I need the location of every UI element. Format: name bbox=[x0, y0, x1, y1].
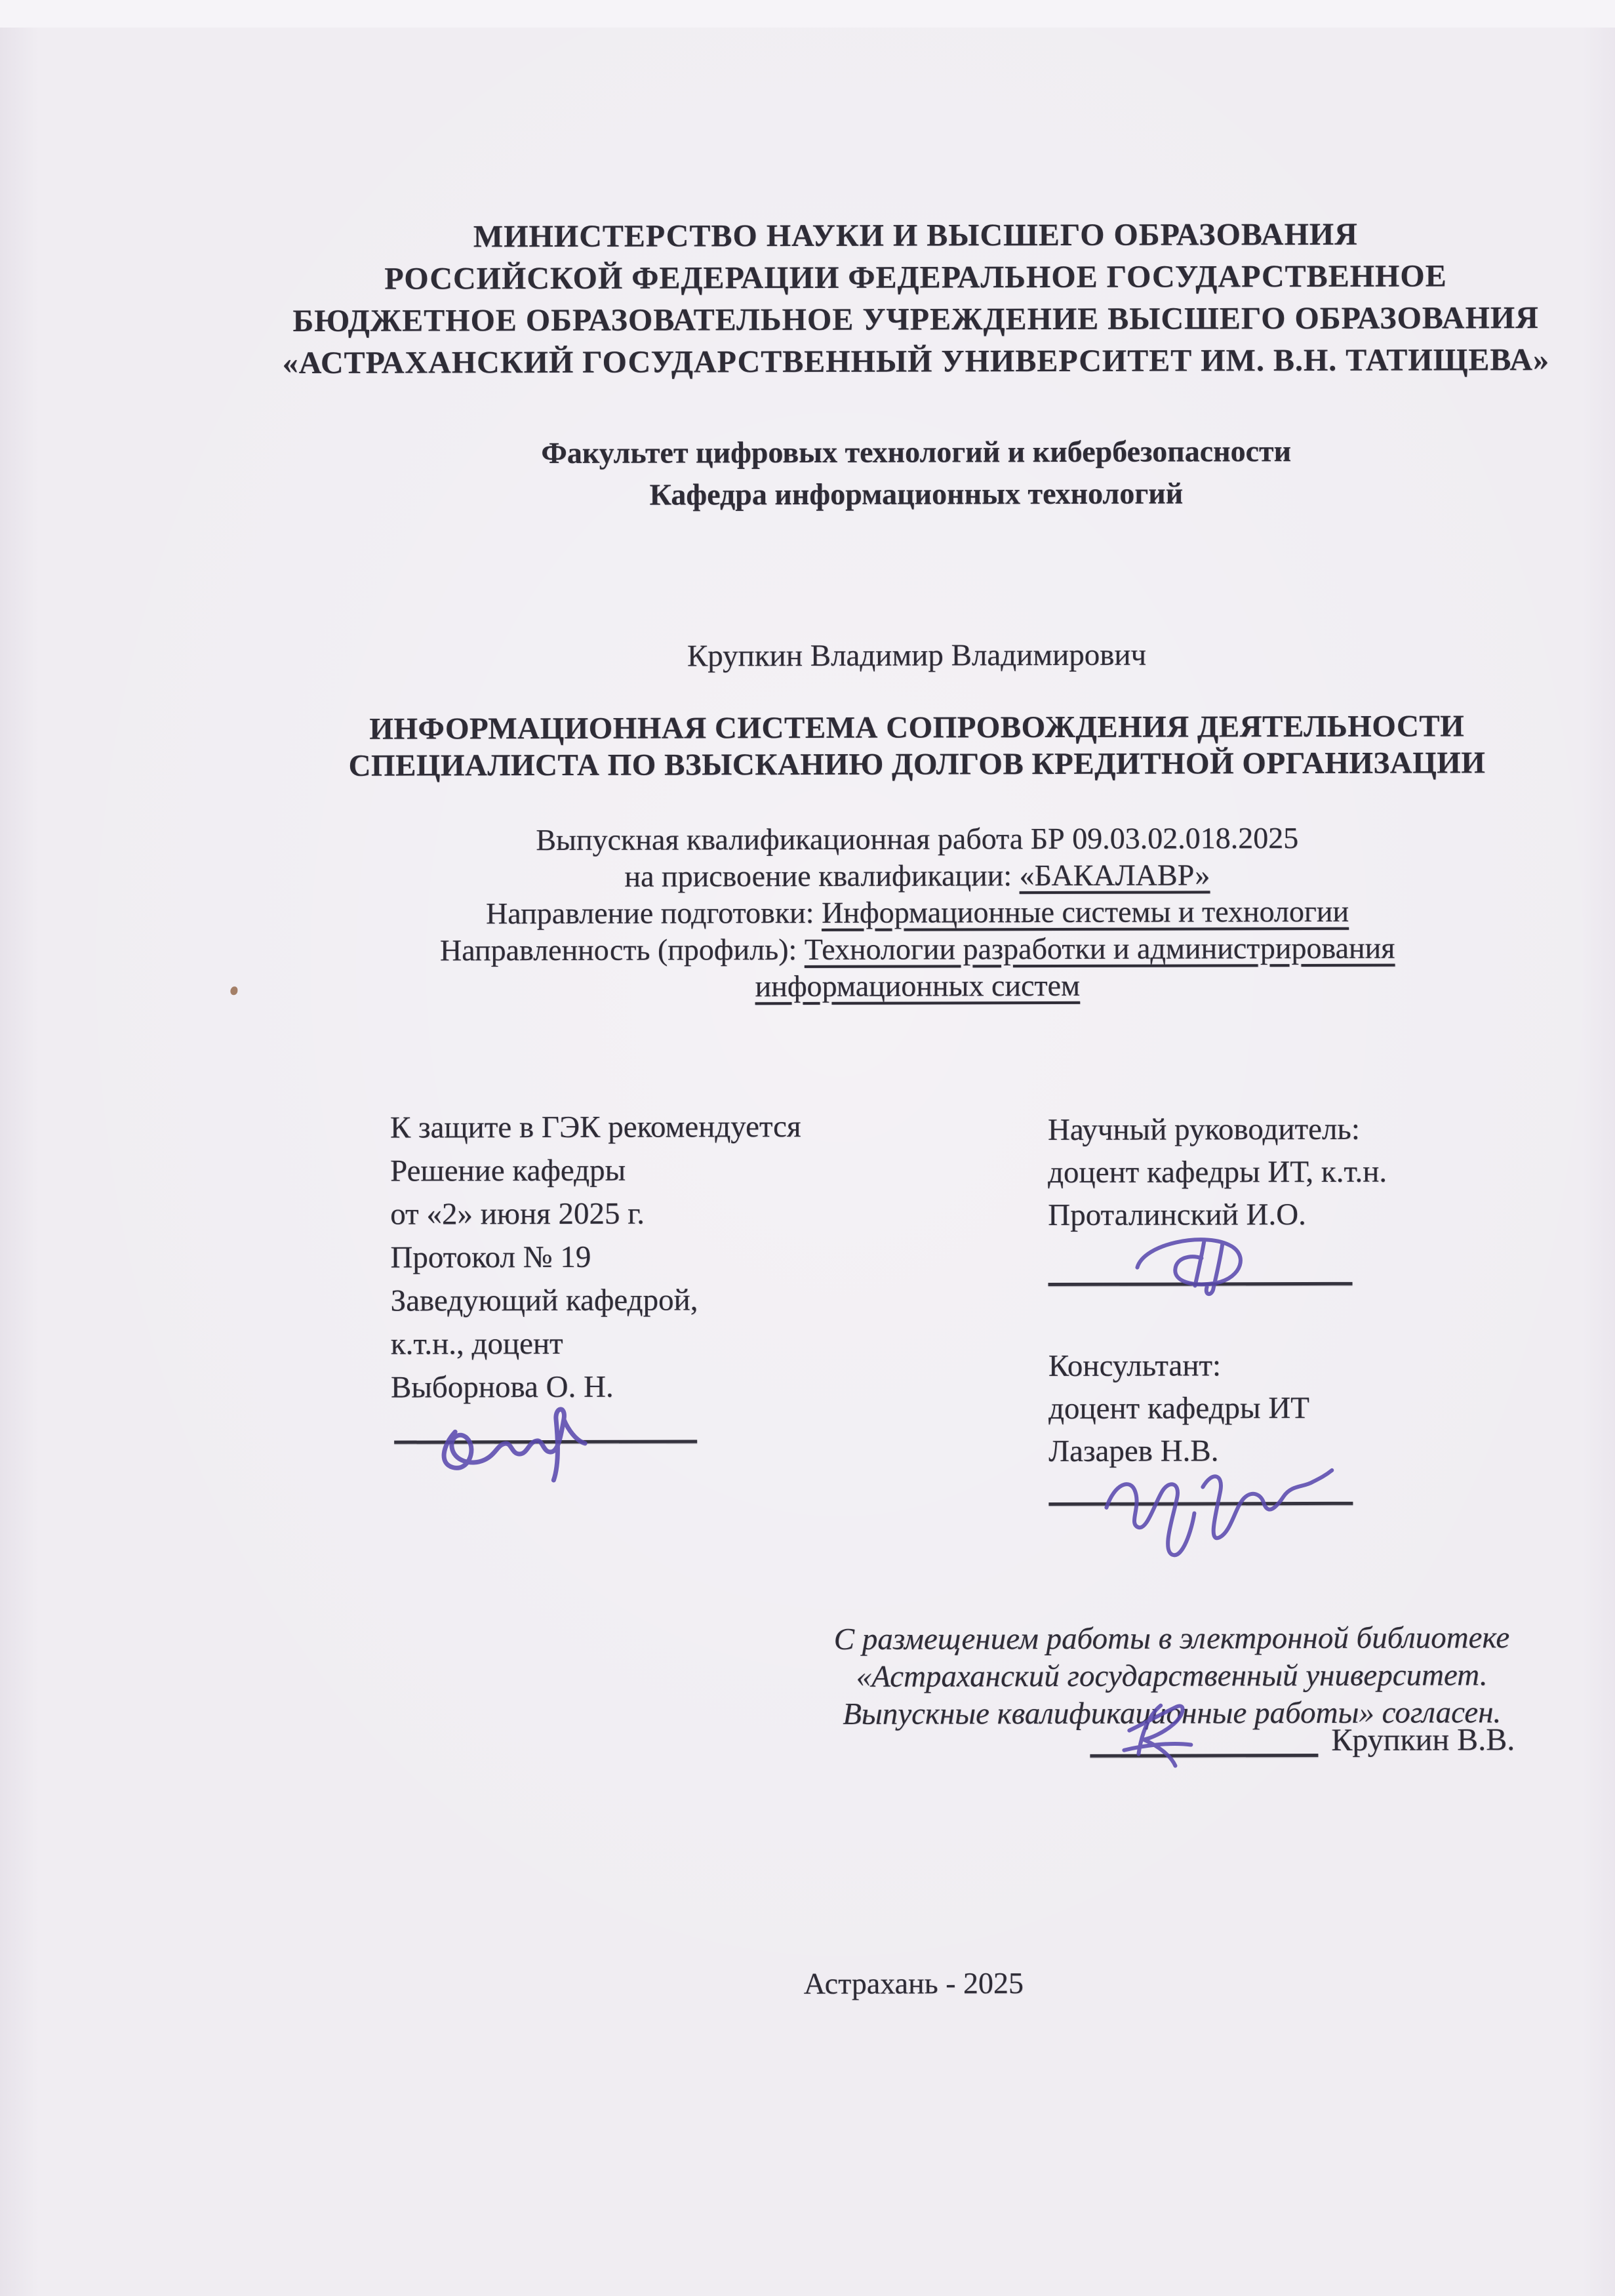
direction-prefix: Направление подготовки: bbox=[486, 896, 822, 930]
consent-line: С размещением работы в электронной библи… bbox=[795, 1619, 1549, 1659]
department-decision-line: Решение кафедры bbox=[390, 1148, 801, 1193]
qualification-work-line: Выпускная квалификационная работа БР 09.… bbox=[222, 819, 1612, 860]
qualification-block: Выпускная квалификационная работа БР 09.… bbox=[222, 819, 1613, 1007]
supervisor-block: Научный руководитель: доцент кафедры ИТ,… bbox=[1048, 1108, 1387, 1237]
profile-value-continuation: информационных систем bbox=[755, 969, 1081, 1003]
consent-signatory-name: Крупкин В.В. bbox=[1331, 1722, 1515, 1758]
protocol-number-line: Протокол № 19 bbox=[390, 1235, 801, 1279]
supervisor-label: Научный руководитель: bbox=[1048, 1108, 1387, 1152]
head-signature-image bbox=[430, 1386, 607, 1491]
department-head-degree-line: к.т.н., доцент bbox=[391, 1321, 802, 1366]
university-name-line: «АСТРАХАНСКИЙ ГОСУДАРСТВЕННЫЙ УНИВЕРСИТЕ… bbox=[221, 339, 1611, 385]
degree-value: «БАКАЛАВР» bbox=[1020, 858, 1210, 892]
ministry-line: БЮДЖЕТНОЕ ОБРАЗОВАТЕЛЬНОЕ УЧРЕЖДЕНИЕ ВЫС… bbox=[221, 297, 1611, 343]
consent-line: «Астраханский государственный университе… bbox=[795, 1657, 1549, 1696]
profile-continuation-line: информационных систем bbox=[222, 966, 1612, 1007]
department-head-title-line: Заведующий кафедрой, bbox=[391, 1278, 802, 1323]
supervisor-position: доцент кафедры ИТ, к.т.н. bbox=[1048, 1151, 1387, 1194]
department-name: Кафедра информационных технологий bbox=[221, 472, 1611, 517]
ministry-header: МИНИСТЕРСТВО НАУКИ И ВЫСШЕГО ОБРАЗОВАНИЯ… bbox=[220, 213, 1611, 385]
ministry-line: МИНИСТЕРСТВО НАУКИ И ВЫСШЕГО ОБРАЗОВАНИЯ bbox=[220, 213, 1610, 259]
ministry-line: РОССИЙСКОЙ ФЕДЕРАЦИИ ФЕДЕРАЛЬНОЕ ГОСУДАР… bbox=[220, 255, 1610, 301]
profile-prefix: Направленность (профиль): bbox=[440, 933, 805, 967]
defense-recommendation-line: К защите в ГЭК рекомендуется bbox=[390, 1105, 801, 1150]
decision-date-line: от «2» июня 2025 г. bbox=[390, 1192, 801, 1236]
degree-line: на присвоение квалификации: «БАКАЛАВР» bbox=[222, 856, 1612, 896]
page-content: МИНИСТЕРСТВО НАУКИ И ВЫСШЕГО ОБРАЗОВАНИЯ… bbox=[0, 0, 1615, 2296]
defense-recommendation-block: К защите в ГЭК рекомендуется Решение каф… bbox=[390, 1105, 802, 1409]
author-signature-image bbox=[1108, 1695, 1203, 1777]
consultant-position: доцент кафедры ИТ bbox=[1048, 1387, 1309, 1430]
profile-line: Направленность (профиль): Технологии раз… bbox=[222, 929, 1612, 970]
city-year: Астрахань - 2025 bbox=[218, 1964, 1608, 2003]
consultant-signature-image bbox=[1094, 1449, 1357, 1565]
degree-prefix: на присвоение квалификации: bbox=[624, 858, 1019, 893]
faculty-department-block: Факультет цифровых технологий и кибербез… bbox=[221, 430, 1611, 517]
author-name: Крупкин Владимир Владимирович bbox=[222, 635, 1612, 676]
thesis-title-line: СПЕЦИАЛИСТА ПО ВЗЫСКАНИЮ ДОЛГОВ КРЕДИТНО… bbox=[222, 744, 1612, 785]
profile-value: Технологии разработки и администрировани… bbox=[805, 931, 1395, 966]
supervisor-signature-image bbox=[1123, 1226, 1260, 1302]
faculty-name: Факультет цифровых технологий и кибербез… bbox=[221, 430, 1611, 475]
consultant-label: Консультант: bbox=[1048, 1344, 1309, 1388]
scanned-thesis-title-page: МИНИСТЕРСТВО НАУКИ И ВЫСШЕГО ОБРАЗОВАНИЯ… bbox=[0, 0, 1615, 2296]
thesis-title-line: ИНФОРМАЦИОННАЯ СИСТЕМА СОПРОВОЖДЕНИЯ ДЕЯ… bbox=[222, 708, 1612, 748]
direction-line: Направление подготовки: Информационные с… bbox=[222, 893, 1612, 933]
direction-value: Информационные системы и технологии bbox=[822, 895, 1349, 929]
thesis-title: ИНФОРМАЦИОННАЯ СИСТЕМА СОПРОВОЖДЕНИЯ ДЕЯ… bbox=[222, 708, 1612, 785]
